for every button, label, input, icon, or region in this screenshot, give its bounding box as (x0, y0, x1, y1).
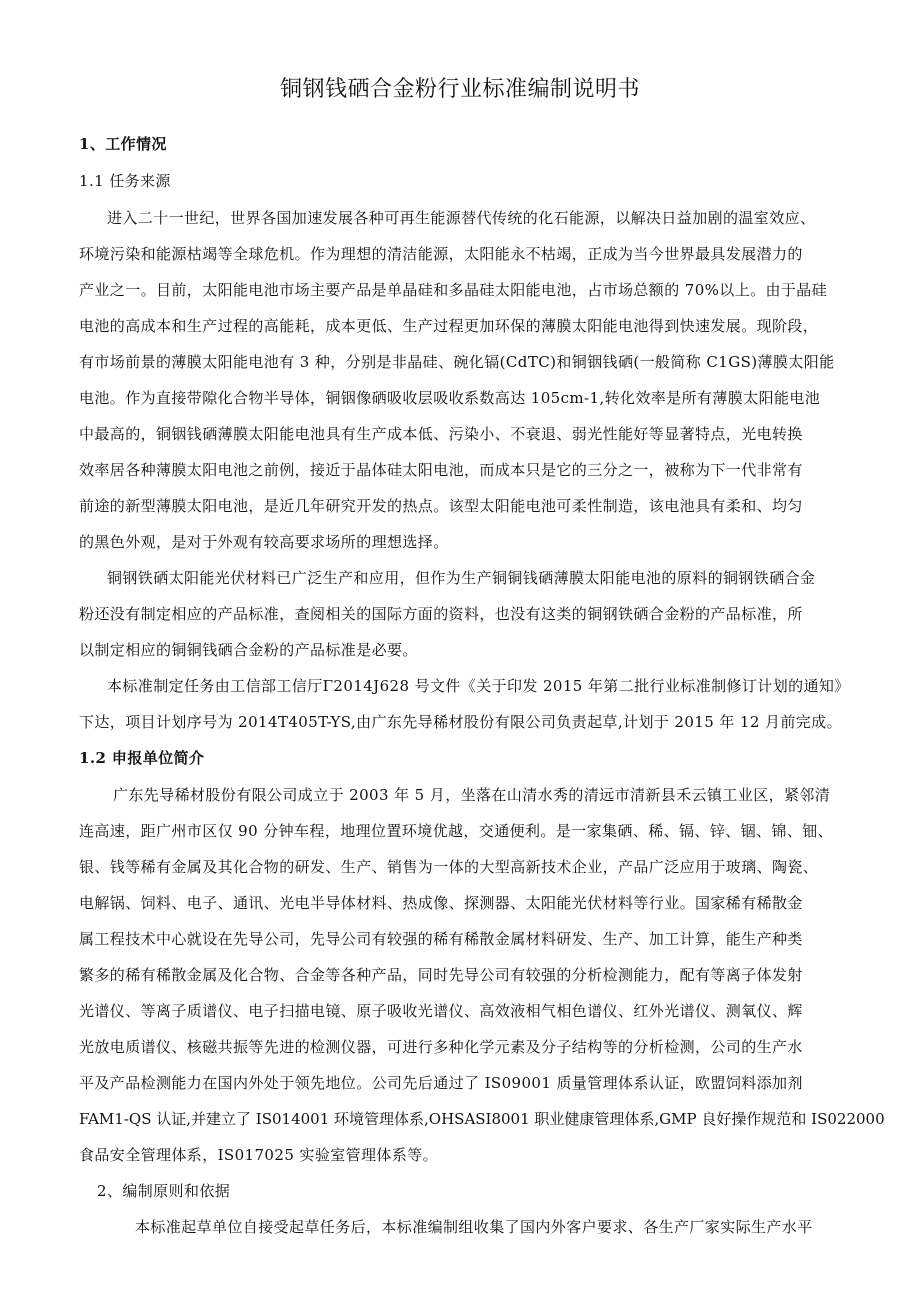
text-line: 电池的高成本和生产过程的高能耗，成本更低、生产过程更加环保的薄膜太阳能电池得到快… (79, 316, 889, 336)
section-2-heading: 2、编制原则和依据 (97, 1181, 907, 1201)
text-line: 下达，项目计划序号为 2014T405T-YS,由广东先导稀材股份有限公司负责起… (79, 712, 889, 732)
text-line: 光放电质谱仪、核磁共振等先进的检测仪器，可进行多种化学元素及分子结构等的分析检测… (79, 1037, 889, 1057)
text-line: 属工程技术中心就设在先导公司，先导公司有较强的稀有稀散金属材料研发、生产、加工计… (79, 929, 889, 949)
text-line: 铜钢铁硒太阳能光伏材料已广泛生产和应用，但作为生产铜铜钱硒薄膜太阳能电池的原料的… (107, 568, 917, 588)
text-line: 效率居各种薄膜太阳电池之前例，接近于晶体硅太阳电池，而成本只是它的三分之一，被称… (79, 460, 889, 480)
text-line: 有市场前景的薄膜太阳能电池有 3 种，分别是非晶硅、碗化镉(CdTC)和铜铟钱硒… (79, 352, 889, 372)
section-1-1-heading: 1.1 任务来源 (79, 171, 889, 191)
text-line: 食品安全管理体系，IS017025 实验室管理体系等。 (79, 1145, 889, 1165)
section-1-heading: 1、工作情况 (79, 134, 889, 154)
document-title: 铜钢钱硒合金粉行业标准编制说明书 (0, 72, 920, 103)
document-page: 铜钢钱硒合金粉行业标准编制说明书 1、工作情况 1.1 任务来源 进入二十一世纪… (0, 0, 920, 1301)
text-line: 银、钱等稀有金属及其化合物的研发、生产、销售为一体的大型高新技术企业，产品广泛应… (79, 857, 889, 877)
text-line: 平及产品检测能力在国内外处于领先地位。公司先后通过了 IS09001 质量管理体… (79, 1073, 889, 1093)
text-line: 环境污染和能源枯竭等全球危机。作为理想的清洁能源，太阳能永不枯竭，正成为当今世界… (79, 244, 889, 264)
text-line: 产业之一。目前，太阳能电池市场主要产品是单晶硅和多晶硅太阳能电池，占市场总额的 … (79, 280, 889, 300)
text-line: 前途的新型薄膜太阳电池，是近几年研究开发的热点。该型太阳能电池可柔性制造，该电池… (79, 496, 889, 516)
text-line: 广东先导稀材股份有限公司成立于 2003 年 5 月，坐落在山清水秀的清远市清新… (113, 785, 920, 805)
text-line: 本标准起草单位自接受起草任务后，本标准编制组收集了国内外客户要求、各生产厂家实际… (135, 1217, 920, 1237)
text-line: 本标准制定任务由工信部工信厅Γ2014J628 号文件《关于印发 2015 年第… (107, 676, 917, 696)
text-line: 电池。作为直接带隙化合物半导体，铜铟像硒吸收层吸收系数高达 105cm-1,转化… (79, 388, 889, 408)
text-line: 繁多的稀有稀散金属及化合物、合金等各种产品，同时先导公司有较强的分析检测能力，配… (79, 965, 889, 985)
text-line: FAM1-QS 认证,并建立了 IS014001 环境管理体系,OHSASI80… (79, 1109, 889, 1129)
section-1-2-heading: 1.2 申报单位简介 (79, 748, 889, 768)
text-line: 进入二十一世纪，世界各国加速发展各种可再生能源替代传统的化石能源，以解决日益加剧… (107, 208, 917, 228)
text-line: 粉还没有制定相应的产品标准，查阅相关的国际方面的资料，也没有这类的铜钢铁硒合金粉… (79, 604, 889, 624)
text-line: 以制定相应的铜铜钱硒合金粉的产品标准是必要。 (79, 640, 889, 660)
text-line: 电解锅、饲料、电子、通讯、光电半导体材料、热成像、探测器、太阳能光伏材料等行业。… (79, 893, 889, 913)
text-line: 光谱仪、等离子质谱仪、电子扫描电镜、原子吸收光谱仪、高效液相气相色谱仪、红外光谱… (79, 1001, 889, 1021)
text-line: 中最高的，铜铟钱硒薄膜太阳能电池具有生产成本低、污染小、不衰退、弱光性能好等显著… (79, 424, 889, 444)
text-line: 连高速，距广州市区仅 90 分钟车程，地理位置环境优越，交通便利。是一家集硒、稀… (79, 821, 889, 841)
text-line: 的黑色外观，是对于外观有较高要求场所的理想选择。 (79, 532, 889, 552)
